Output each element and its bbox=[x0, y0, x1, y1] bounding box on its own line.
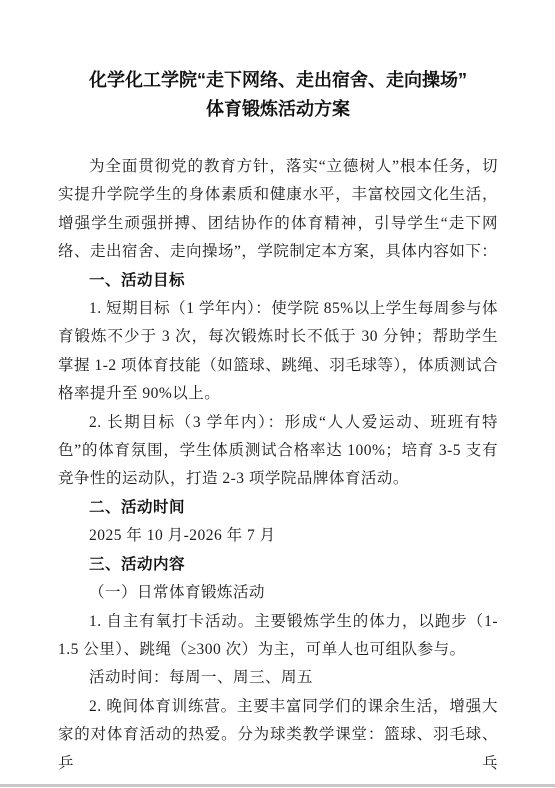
document-body: 化学化工学院“走下网络、走出宿舍、走向操场” 体育锻炼活动方案 为全面贯彻党的教… bbox=[0, 0, 555, 778]
paragraph-aerobic-checkin: 1. 自主有氧打卡活动。主要锻炼学生的体力，以跑步（1-1.5 公里）、跳绳（≥… bbox=[58, 608, 498, 665]
page-bottom-edge bbox=[0, 784, 555, 787]
document-page: 化学化工学院“走下网络、走出宿舍、走向操场” 体育锻炼活动方案 为全面贯彻党的教… bbox=[0, 0, 555, 788]
section-heading-content: 三、活动内容 bbox=[58, 551, 498, 579]
paragraph-evening-training-camp: 2. 晚间体育训练营。主要丰富同学们的课余生活，增强大家的对体育活动的热爱。分为… bbox=[58, 693, 498, 778]
paragraph-short-term-goal: 1. 短期目标（1 学年内）：使学院 85%以上学生每周参与体育锻炼不少于 3 … bbox=[58, 295, 498, 409]
section-heading-time: 二、活动时间 bbox=[58, 494, 498, 522]
section-heading-goals: 一、活动目标 bbox=[58, 267, 498, 295]
intro-paragraph: 为全面贯彻党的教育方针，落实“立德树人”根本任务，切实提升学院学生的身体素质和健… bbox=[58, 153, 498, 267]
paragraph-weekly-schedule: 活动时间：每周一、周三、周五 bbox=[58, 664, 498, 692]
doc-title: 化学化工学院“走下网络、走出宿舍、走向操场” 体育锻炼活动方案 bbox=[58, 66, 498, 124]
subsection-heading-daily-exercise: （一）日常体育锻炼活动 bbox=[58, 579, 498, 607]
paragraph-long-term-goal: 2. 长期目标（3 学年内）：形成“人人爱运动、班班有特色”的体育氛围，学生体质… bbox=[58, 409, 498, 494]
doc-title-line-1: 化学化工学院“走下网络、走出宿舍、走向操场” bbox=[89, 70, 467, 90]
doc-title-line-2: 体育锻炼活动方案 bbox=[206, 99, 350, 119]
paragraph-activity-time-range: 2025 年 10 月-2026 年 7 月 bbox=[58, 522, 498, 550]
